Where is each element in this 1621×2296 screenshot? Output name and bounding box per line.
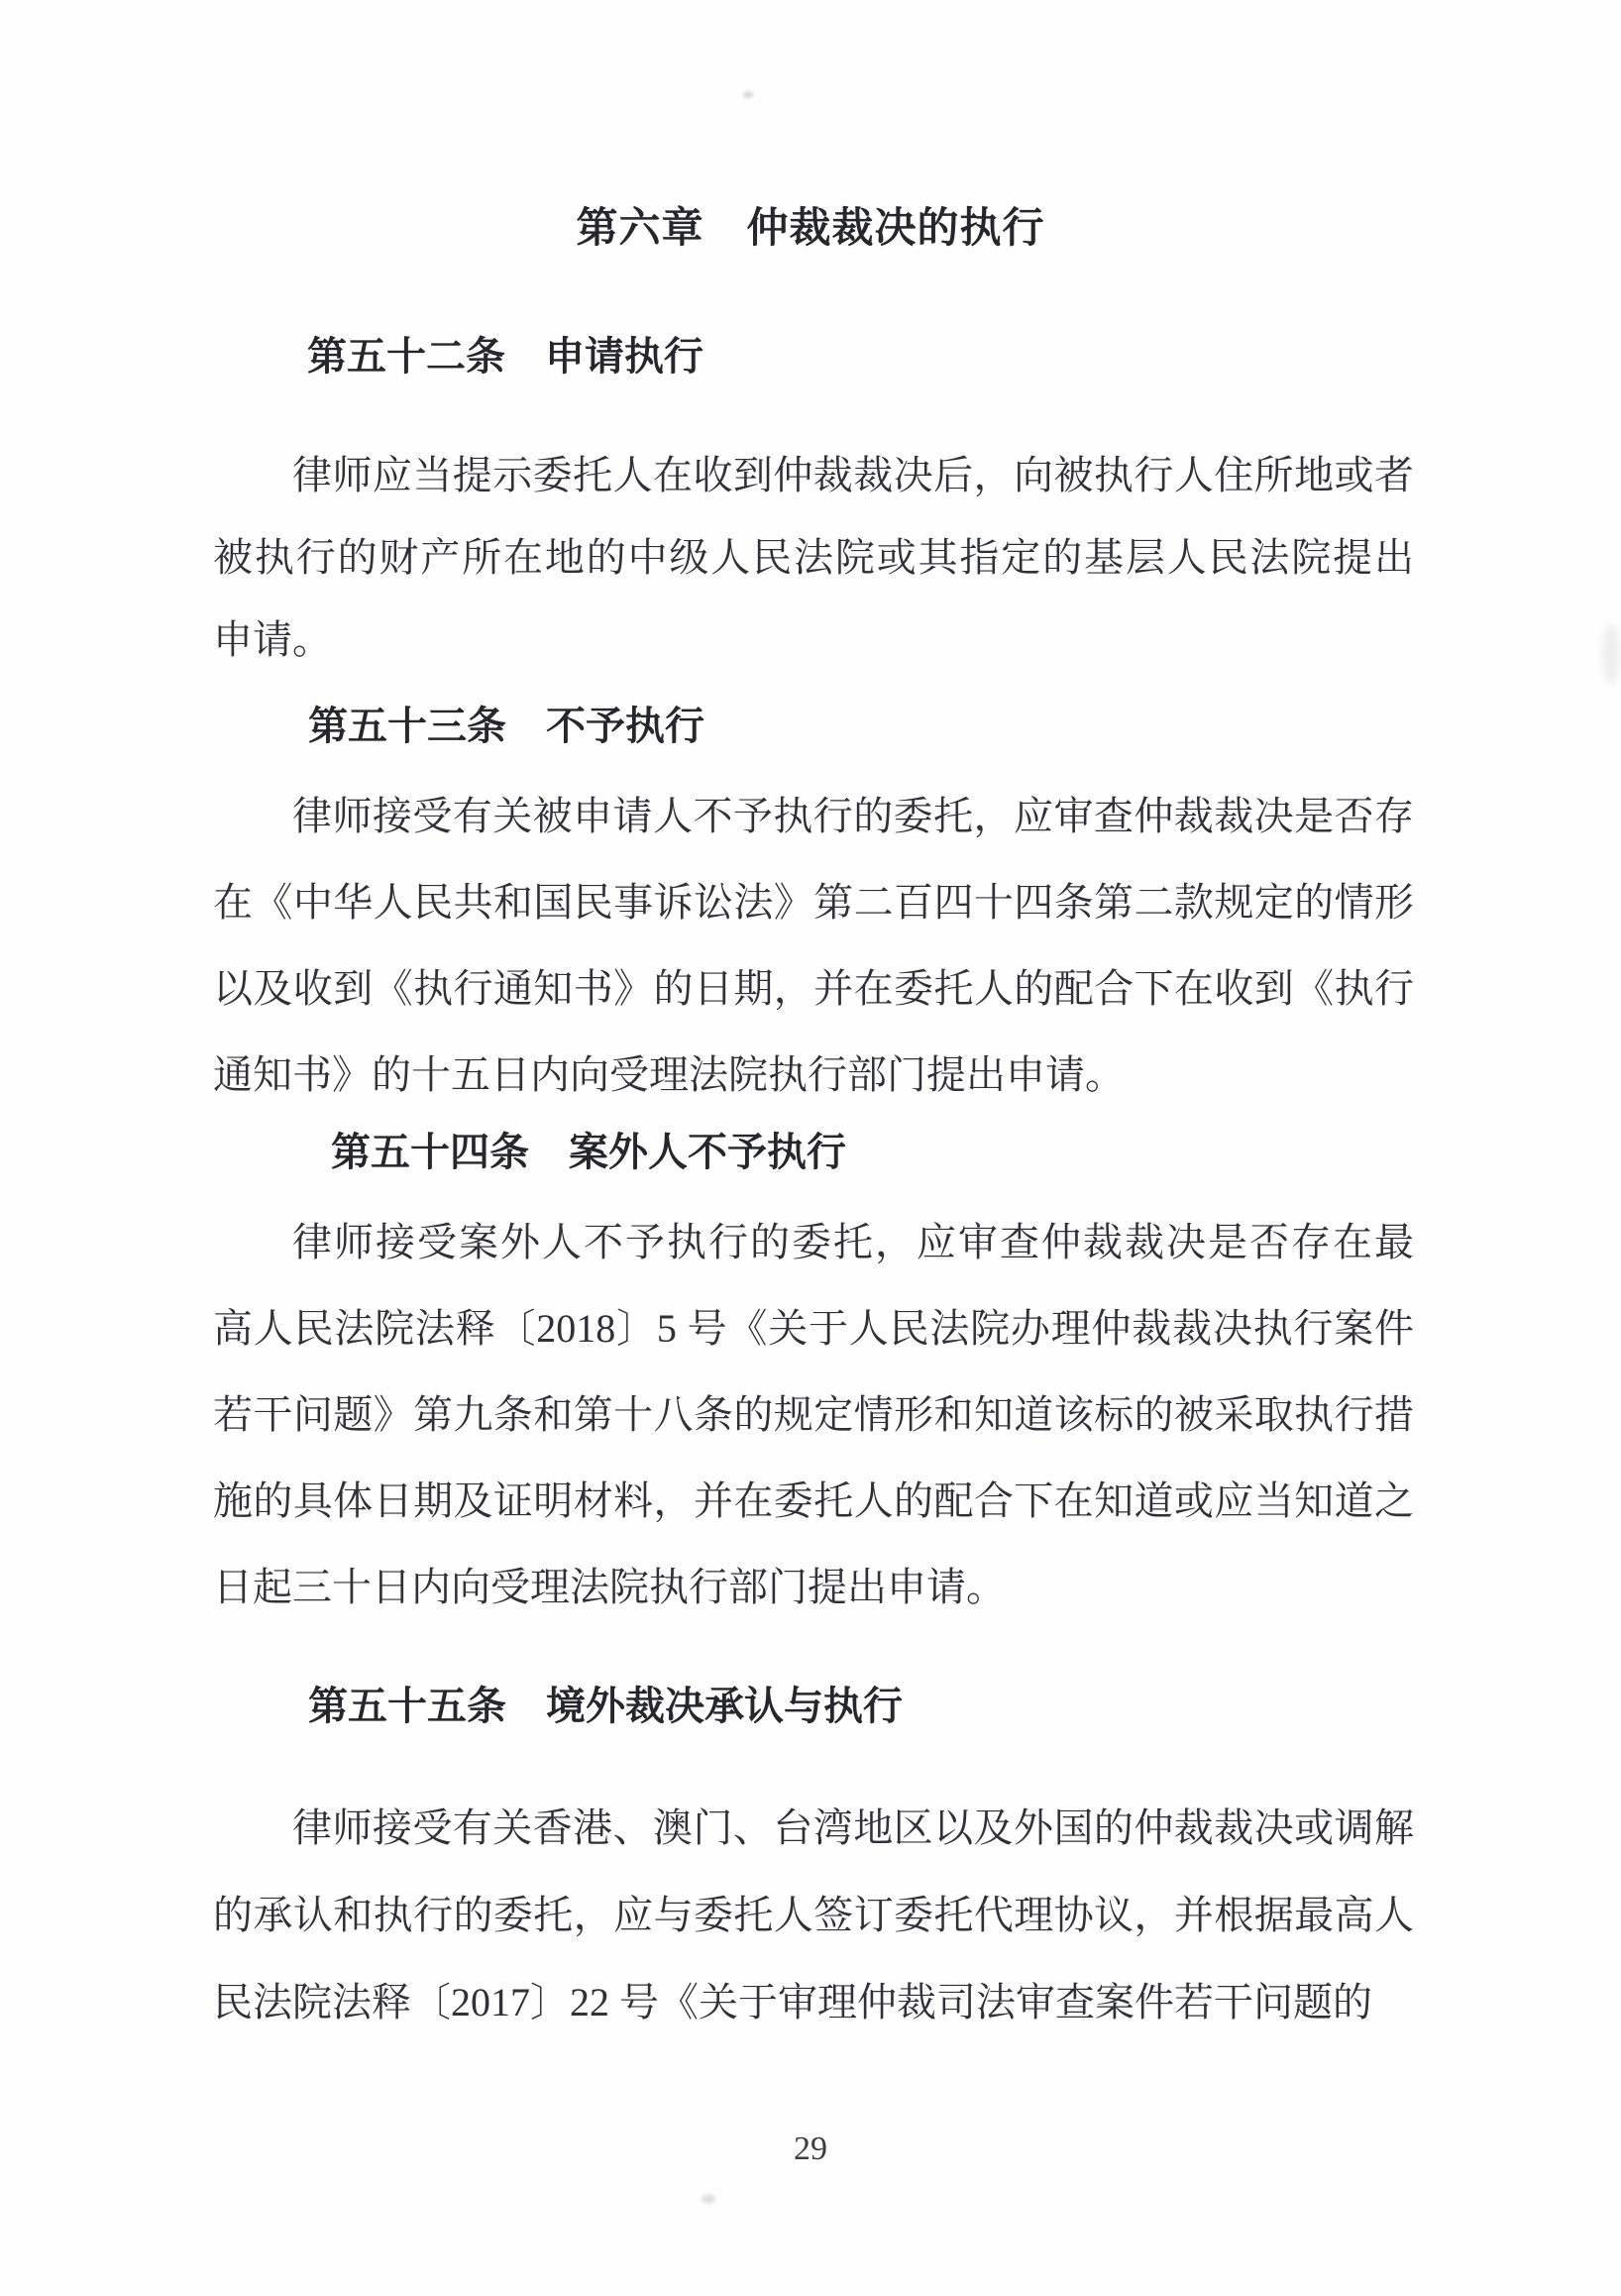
- article-55-paragraph: 律师接受有关香港、澳门、台湾地区以及外国的仲裁裁决或调解的承认和执行的委托，应与…: [213, 1785, 1414, 2046]
- text-line: 律师应当提示委托人在收到仲裁裁决后，向被执行人住所地或者: [213, 434, 1414, 516]
- article-55-heading: 第五十五条 境外裁决承认与执行: [308, 1687, 903, 1726]
- text-line: 律师接受案外人不予执行的委托，应审查仲裁裁决是否存在最: [213, 1199, 1414, 1285]
- article-52-paragraph: 律师应当提示委托人在收到仲裁裁决后，向被执行人住所地或者被执行的财产所在地的中级…: [213, 434, 1414, 681]
- article-53-paragraph: 律师接受有关被申请人不予执行的委托，应审查仲裁裁决是否存在《中华人民共和国民事诉…: [213, 773, 1414, 1118]
- text-line: 日起三十日内向受理法院执行部门提出申请。: [213, 1544, 1414, 1630]
- text-line: 若干问题》第九条和第十八条的规定情形和知道该标的被采取执行措: [213, 1371, 1414, 1458]
- scan-artifact: [743, 91, 753, 98]
- article-52-heading: 第五十二条 申请执行: [307, 337, 703, 377]
- text-line: 律师接受有关香港、澳门、台湾地区以及外国的仲裁裁决或调解: [213, 1785, 1414, 1872]
- chapter-title: 第六章 仲裁裁决的执行: [0, 207, 1621, 249]
- text-line: 申请。: [213, 599, 1414, 681]
- text-line: 高人民法院法释〔2018〕5 号《关于人民法院办理仲裁裁决执行案件: [213, 1285, 1414, 1371]
- text-line: 在《中华人民共和国民事诉讼法》第二百四十四条第二款规定的情形: [213, 859, 1414, 945]
- article-53-heading: 第五十三条 不予执行: [308, 707, 704, 746]
- scan-artifact: [1603, 624, 1619, 684]
- text-line: 民法院法释〔2017〕22 号《关于审理仲裁司法审查案件若干问题的: [213, 1959, 1414, 2046]
- article-54-heading: 第五十四条 案外人不予执行: [331, 1133, 846, 1172]
- article-54-paragraph: 律师接受案外人不予执行的委托，应审查仲裁裁决是否存在最高人民法院法释〔2018〕…: [213, 1199, 1414, 1630]
- text-line: 的承认和执行的委托，应与委托人签订委托代理协议，并根据最高人: [213, 1872, 1414, 1959]
- document-page: 第六章 仲裁裁决的执行 第五十二条 申请执行 律师应当提示委托人在收到仲裁裁决后…: [0, 0, 1621, 2296]
- scan-artifact: [702, 2194, 715, 2204]
- text-line: 以及收到《执行通知书》的日期，并在委托人的配合下在收到《执行: [213, 945, 1414, 1032]
- text-line: 律师接受有关被申请人不予执行的委托，应审查仲裁裁决是否存: [213, 773, 1414, 859]
- text-line: 被执行的财产所在地的中级人民法院或其指定的基层人民法院提出: [213, 516, 1414, 599]
- page-number: 29: [0, 2132, 1621, 2166]
- text-line: 施的具体日期及证明材料，并在委托人的配合下在知道或应当知道之: [213, 1458, 1414, 1544]
- text-line: 通知书》的十五日内向受理法院执行部门提出申请。: [213, 1032, 1414, 1118]
